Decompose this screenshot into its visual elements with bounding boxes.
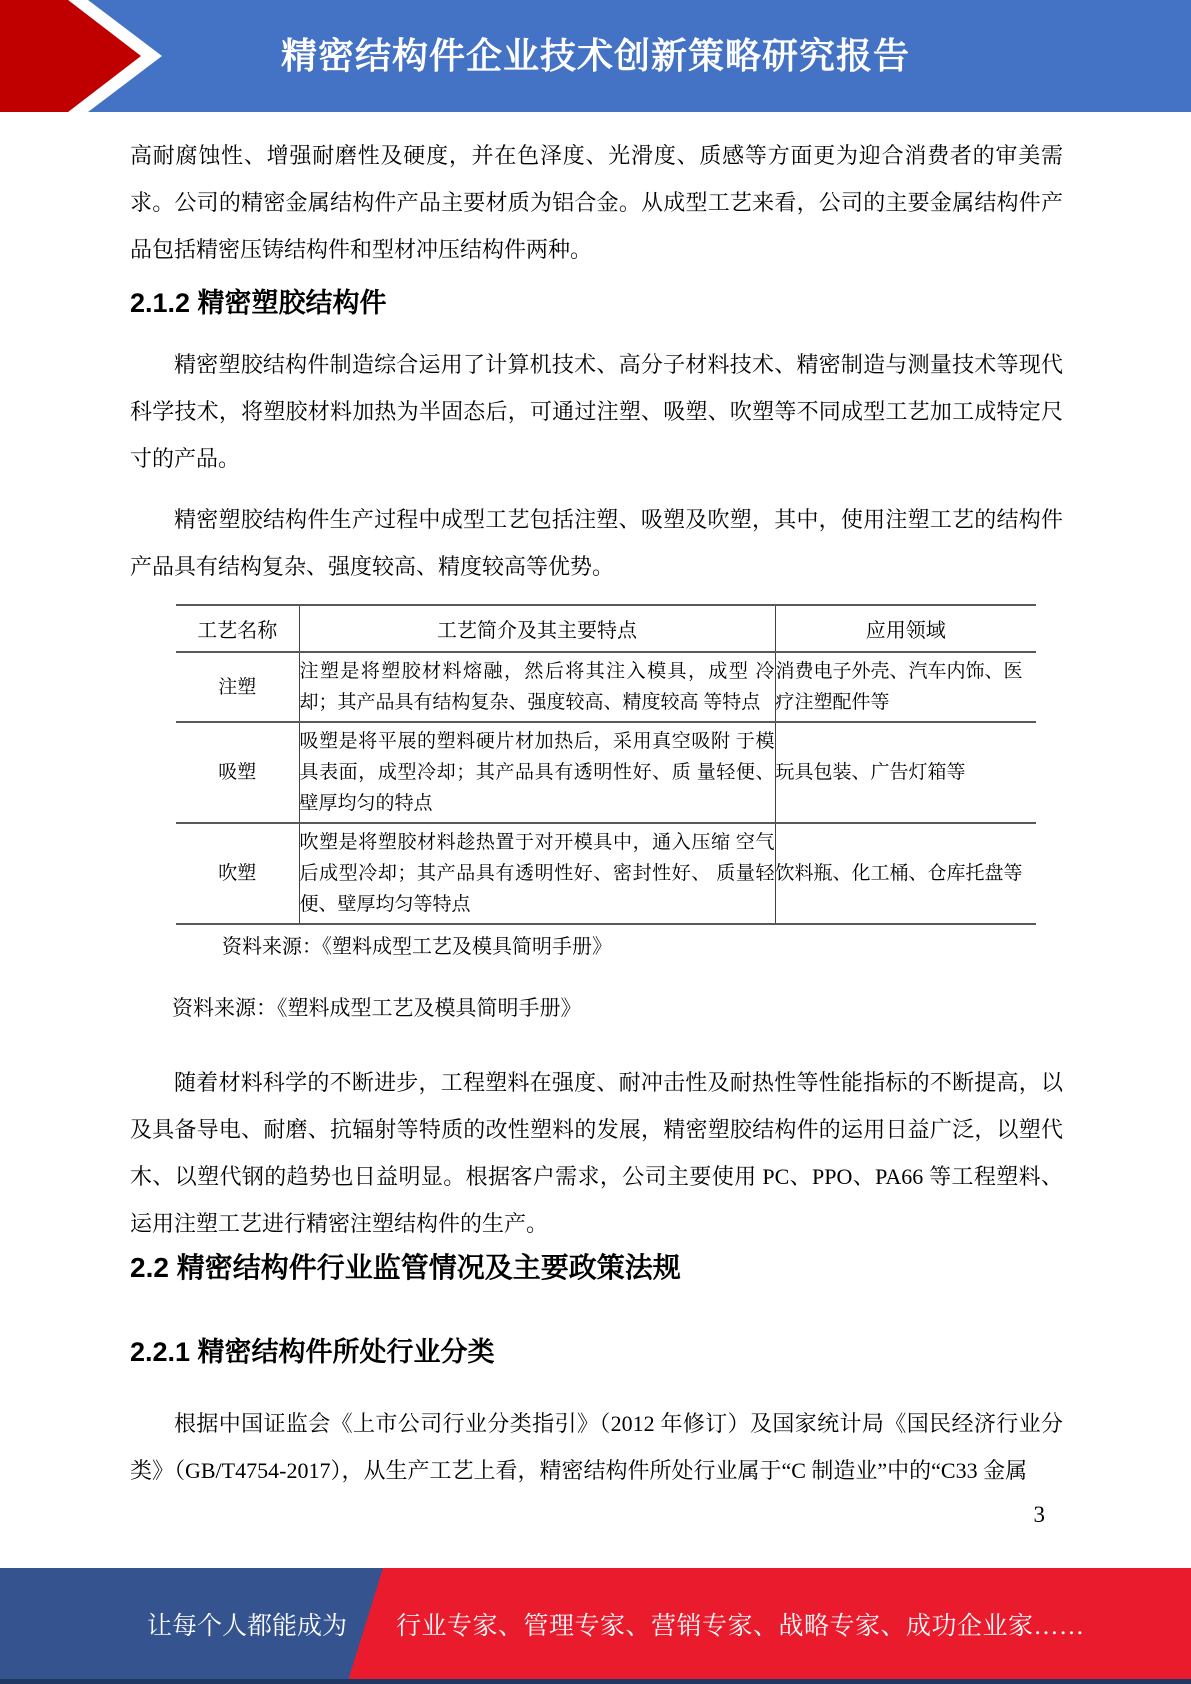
section-heading-2-2: 2.2 精密结构件行业监管情况及主要政策法规 [130,1249,1063,1286]
process-applications-cell: 玩具包装、广告灯箱等 [775,722,1036,823]
process-description-cell: 吸塑是将平展的塑料硬片材加热后，采用真空吸附 于模具表面，成型冷却；其产品具有透… [299,722,775,823]
table-source-note: 资料来源：《塑料成型工艺及模具简明手册》 [222,933,1063,961]
process-description-cell: 注塑是将塑胶材料熔融，然后将其注入模具，成型 冷却；其产品具有结构复杂、强度较高… [299,652,775,722]
paragraph-materials: 随着材料科学的不断进步，工程塑料在强度、耐冲击性及耐热性等性能指标的不断提高，以… [130,1059,1063,1247]
process-applications-cell: 饮料瓶、化工桶、仓库托盘等 [775,823,1036,924]
table-row-vacuum: 吸塑 吸塑是将平展的塑料硬片材加热后，采用真空吸附 于模具表面，成型冷却；其产品… [176,722,1036,823]
molding-process-table: 工艺名称 工艺简介及其主要特点 应用领域 注塑 注塑是将塑胶材料熔融，然后将其注… [176,604,1036,925]
process-description-cell: 吹塑是将塑胶材料趁热置于对开模具中，通入压缩 空气后成型冷却；其产品具有透明性好… [299,823,775,924]
process-name-cell: 吹塑 [176,823,299,924]
report-page: 精密结构件企业技术创新策略研究报告 高耐腐蚀性、增强耐磨性及硬度，并在色泽度、光… [0,0,1191,1684]
column-header-applications: 应用领域 [775,605,1036,652]
section-heading-2-2-1: 2.2.1 精密结构件所处行业分类 [130,1334,1063,1370]
process-name-cell: 注塑 [176,652,299,722]
paragraph-industry-classification: 根据中国证监会《上市公司行业分类指引》（2012 年修订）及国家统计局《国民经济… [130,1400,1063,1494]
table-header-row: 工艺名称 工艺简介及其主要特点 应用领域 [176,605,1036,652]
report-title: 精密结构件企业技术创新策略研究报告 [0,0,1191,112]
paragraph-2-1-2-second: 精密塑胶结构件生产过程中成型工艺包括注塑、吸塑及吹塑，其中，使用注塑工艺的结构件… [130,496,1063,590]
column-header-process-name: 工艺名称 [176,605,299,652]
column-header-description: 工艺简介及其主要特点 [299,605,775,652]
section-heading-2-1-2: 2.1.2 精密塑胶结构件 [130,285,1063,321]
footer-banner: 让每个人都能成为 行业专家、管理专家、营销专家、战略专家、成功企业家…… [0,1568,1191,1684]
paragraph-2-1-2-first: 精密塑胶结构件制造综合运用了计算机技术、高分子材料技术、精密制造与测量技术等现代… [130,341,1063,482]
process-name-cell: 吸塑 [176,722,299,823]
table-row-injection: 注塑 注塑是将塑胶材料熔融，然后将其注入模具，成型 冷却；其产品具有结构复杂、强… [176,652,1036,722]
page-number: 3 [1034,1500,1046,1530]
footer-slogan-right: 行业专家、管理专家、营销专家、战略专家、成功企业家…… [396,1612,1156,1642]
header-banner: 精密结构件企业技术创新策略研究报告 [0,0,1191,112]
page-content: 高耐腐蚀性、增强耐磨性及硬度，并在色泽度、光滑度、质感等方面更为迎合消费者的审美… [130,132,1063,1494]
source-note: 资料来源：《塑料成型工艺及模具简明手册》 [172,993,1063,1023]
footer-slogan-left: 让每个人都能成为 [0,1612,347,1642]
footer-bottom-strip [0,1679,1191,1684]
process-applications-cell: 消费电子外壳、汽车内饰、医疗注塑配件等 [775,652,1036,722]
paragraph-intro: 高耐腐蚀性、增强耐磨性及硬度，并在色泽度、光滑度、质感等方面更为迎合消费者的审美… [130,132,1063,273]
table-row-blow: 吹塑 吹塑是将塑胶材料趁热置于对开模具中，通入压缩 空气后成型冷却；其产品具有透… [176,823,1036,924]
